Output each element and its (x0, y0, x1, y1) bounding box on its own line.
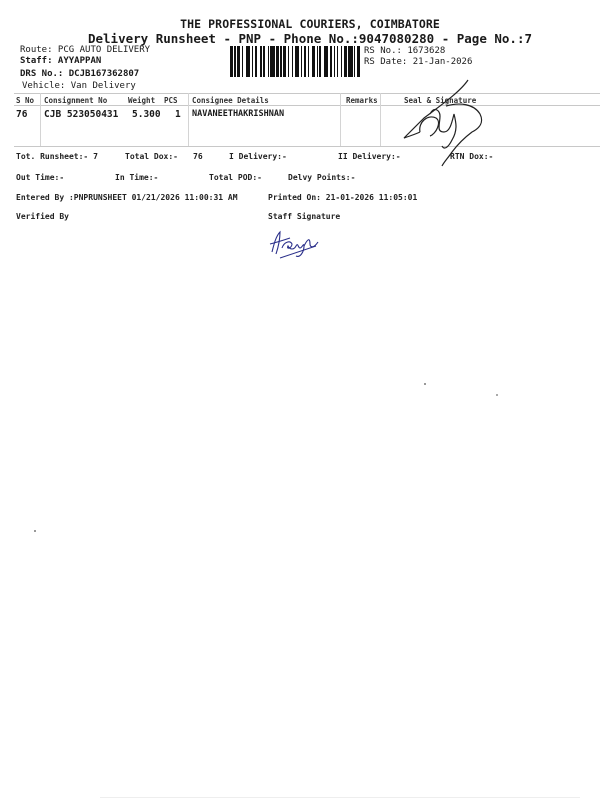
runsheet-subtitle: Delivery Runsheet - PNP - Phone No.:9047… (0, 31, 600, 46)
total-dox-label: Total Dox:- (125, 152, 178, 161)
delvy-points: Delvy Points:- (288, 173, 355, 182)
cell-pcs: 1 (175, 109, 181, 120)
rs-number: RS No.: 1673628 (364, 46, 445, 56)
table-bottom-rule (14, 146, 600, 147)
cell-consignment-no: CJB 523050431 (44, 109, 118, 120)
total-dox-value: 76 (193, 152, 203, 161)
staff-label: Staff: AYYAPPAN (20, 56, 101, 66)
cell-weight: 5.300 (132, 109, 161, 120)
table-header-rule (14, 105, 600, 106)
header-s-no: S No (16, 96, 34, 105)
drs-number: DRS No.: DCJB167362807 (20, 69, 139, 79)
i-delivery: I Delivery:- (229, 152, 287, 161)
staff-signature-icon (268, 228, 328, 262)
route-label: Route: PCG AUTO DELIVERY (20, 45, 150, 55)
in-time: In Time:- (115, 173, 158, 182)
tot-runsheet: Tot. Runsheet:- 7 (16, 152, 98, 161)
verified-by: Verified By (16, 212, 69, 221)
header-consignment-no: Consignment No (44, 96, 107, 105)
header-consignee: Consignee Details (192, 96, 269, 105)
total-pod: Total POD:- (209, 173, 262, 182)
scan-edge (100, 797, 580, 798)
col-divider (40, 93, 41, 146)
entered-by: Entered By :PNPRUNSHEET 01/21/2026 11:00… (16, 193, 238, 202)
cell-consignee: NAVANEETHAKRISHNAN (192, 109, 284, 119)
scan-speck (424, 383, 426, 385)
table-top-rule (14, 93, 600, 94)
col-divider (188, 93, 189, 146)
staff-signature-label: Staff Signature (268, 212, 340, 221)
barcode-icon (230, 46, 362, 77)
rtn-dox: RTN Dox:- (450, 152, 493, 161)
out-time: Out Time:- (16, 173, 64, 182)
col-divider (380, 93, 381, 146)
ii-delivery: II Delivery:- (338, 152, 401, 161)
cell-s-no: 76 (16, 109, 27, 120)
company-title: THE PROFESSIONAL COURIERS, COIMBATORE (0, 17, 600, 31)
vehicle-label: Vehicle: Van Delivery (22, 81, 136, 91)
col-divider (340, 93, 341, 146)
scan-speck (496, 394, 498, 396)
header-remarks: Remarks (346, 96, 378, 105)
scan-speck (34, 530, 36, 532)
rs-date: RS Date: 21-Jan-2026 (364, 57, 472, 67)
header-pcs: PCS (164, 96, 178, 105)
printed-on: Printed On: 21-01-2026 11:05:01 (268, 193, 417, 202)
header-weight: Weight (128, 96, 155, 105)
